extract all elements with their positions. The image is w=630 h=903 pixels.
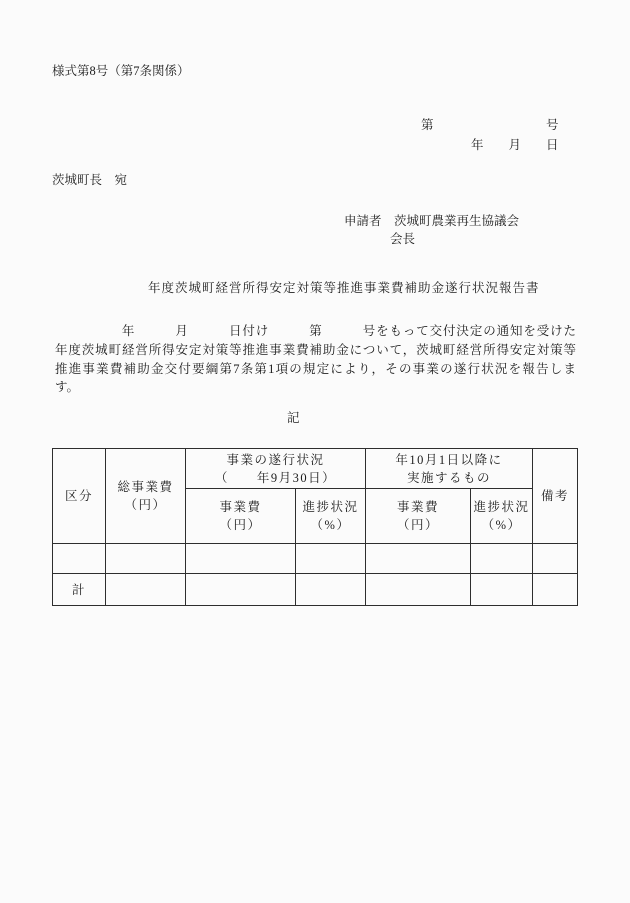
cell-progress1-sum [296, 574, 366, 606]
header-group-after-october: 年10月1日以降に 実施するもの [366, 449, 533, 489]
cell-progress2-sum [471, 574, 533, 606]
cell-total-cost-sum [106, 574, 186, 606]
cell-category-blank [53, 544, 106, 574]
cell-remarks-blank [533, 544, 578, 574]
subheader-progress-1-line2: （%） [296, 516, 365, 534]
header-category: 区分 [53, 449, 106, 544]
cell-cost1-blank [186, 544, 296, 574]
table-row-blank [53, 544, 578, 574]
body-line-1: 年 月 日付け 第 号をもって交付決定の通知を受けた [55, 322, 576, 341]
subheader-cost-1: 事業費 （円） [186, 489, 296, 544]
document-title: 年度茨城町経営所得安定対策等推進事業費補助金遂行状況報告書 [148, 279, 540, 298]
cell-total-cost-blank [106, 544, 186, 574]
ki-heading: 記 [287, 409, 300, 428]
cell-total-label: 計 [53, 574, 106, 606]
cell-remarks-sum [533, 574, 578, 606]
header-group-after-october-line2: 実施するもの [366, 469, 532, 487]
header-remarks: 備考 [533, 449, 578, 544]
header-group-progress-line1: 事業の遂行状況 [186, 451, 365, 469]
header-total-cost-line2: （円） [106, 496, 185, 514]
document-page: 様式第8号（第7条関係） 第 号 年 月 日 茨城町長 宛 申請者 茨城町農業再… [0, 0, 630, 903]
body-line-4: す。 [55, 378, 576, 397]
subheader-progress-1-line1: 進捗状況 [296, 498, 365, 516]
subheader-cost-1-line1: 事業費 [186, 498, 295, 516]
header-group-progress-line2: （ 年9月30日） [186, 469, 365, 487]
addressee: 茨城町長 宛 [52, 171, 127, 190]
body-line-2: 年度茨城町経営所得安定対策等推進事業費補助金について，茨城町経営所得安定対策等 [55, 341, 576, 360]
header-category-label: 区分 [53, 487, 105, 505]
subheader-progress-2-line1: 進捗状況 [471, 498, 532, 516]
subheader-cost-2-line2: （円） [366, 516, 470, 534]
form-number: 様式第8号（第7条関係） [52, 62, 190, 81]
body-paragraph: 年 月 日付け 第 号をもって交付決定の通知を受けた 年度茨城町経営所得安定対策… [55, 322, 576, 397]
table-row-total: 計 [53, 574, 578, 606]
cell-cost2-blank [366, 544, 471, 574]
header-group-progress-status: 事業の遂行状況 （ 年9月30日） [186, 449, 366, 489]
cell-progress1-blank [296, 544, 366, 574]
applicant-title: 会長 [390, 230, 415, 249]
document-number-line: 第 号 [421, 116, 559, 135]
subheader-progress-1: 進捗状況 （%） [296, 489, 366, 544]
subheader-cost-2-line1: 事業費 [366, 498, 470, 516]
cell-cost1-sum [186, 574, 296, 606]
cell-progress2-blank [471, 544, 533, 574]
header-group-after-october-line1: 年10月1日以降に [366, 451, 532, 469]
applicant-name: 申請者 茨城町農業再生協議会 [344, 212, 519, 231]
subheader-progress-2-line2: （%） [471, 516, 532, 534]
header-total-cost-line1: 総事業費 [106, 478, 185, 496]
header-total-cost: 総事業費 （円） [106, 449, 186, 544]
subheader-cost-2: 事業費 （円） [366, 489, 471, 544]
cell-cost2-sum [366, 574, 471, 606]
subheader-progress-2: 進捗状況 （%） [471, 489, 533, 544]
subheader-cost-1-line2: （円） [186, 516, 295, 534]
header-remarks-label: 備考 [533, 487, 577, 505]
body-line-3: 推進事業費補助金交付要綱第7条第1項の規定により，その事業の遂行状況を報告しま [55, 360, 576, 379]
date-line: 年 月 日 [471, 136, 559, 155]
progress-report-table: 区分 総事業費 （円） 事業の遂行状況 （ 年9月30日） 年10月1日以降に … [52, 448, 578, 606]
